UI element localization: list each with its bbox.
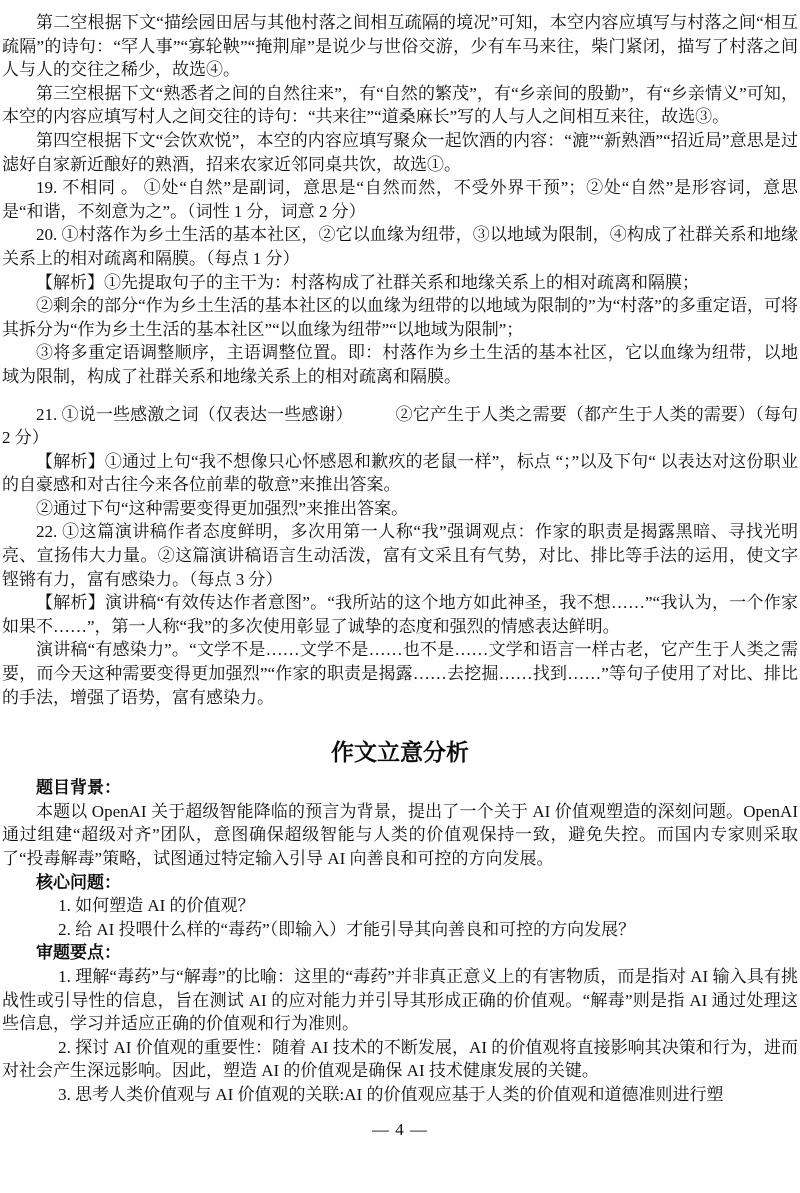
review-point-item-3: 3. 思考人类价值观与 AI 价值观的关联:AI 的价值观应基于人类的价值观和道… (2, 1083, 798, 1107)
answer-q20-analysis-step1: 【解析】①先提取句子的主干为：村落构成了社群关系和地缘关系上的相对疏离和隔膜； (2, 271, 798, 295)
review-point-item-1: 1. 理解“毒药”与“解毒”的比喻：这里的“毒药”并非真正意义上的有害物质，而是… (2, 965, 798, 1036)
answer-para-blank4: 第四空根据下文“会饮欢悦”，本空的内容应填写聚众一起饮酒的内容：“漉”“新熟酒”… (2, 129, 798, 176)
background-paragraph: 本题以 OpenAI 关于超级智能降临的预言为背景，提出了一个关于 AI 价值观… (2, 800, 798, 871)
essay-section-title: 作文立意分析 (2, 737, 798, 767)
review-points-label: 审题要点： (2, 941, 798, 965)
core-question-item-1: 1. 如何塑造 AI 的价值观？ (2, 894, 798, 918)
background-label: 题目背景： (2, 776, 798, 800)
answer-q21: 21. ①说一些感激之词（仅表达一些感谢） ②它产生于人类之需要（都产生于人类的… (2, 403, 798, 450)
core-question-item-2: 2. 给 AI 投喂什么样的“毒药”（即输入）才能引导其向善良和可控的方向发展？ (2, 918, 798, 942)
answer-para-blank2: 第二空根据下文“描绘园田居与其他村落之间相互疏隔的境况”可知，本空内容应填写与村… (2, 11, 798, 82)
answer-q22-analysis-1: 【解析】演讲稿“有效传达作者意图”。“我所站的这个地方如此神圣，我不想……”“我… (2, 591, 798, 638)
answer-q21-analysis-1: 【解析】①通过上句“我不想像只心怀感恩和歉疚的老鼠一样”，标点 “；”以及下句“… (2, 450, 798, 497)
review-point-item-2: 2. 探讨 AI 价值观的重要性：随着 AI 技术的不断发展，AI 的价值观将直… (2, 1036, 798, 1083)
answer-q19: 19. 不相同 。 ①处“自然”是副词，意思是“自然而然，不受外界干预”；②处“… (2, 176, 798, 223)
page-number: — 4 — (2, 1118, 798, 1142)
answer-q20: 20. ①村落作为乡土生活的基本社区，②它以血缘为纽带，③以地域为限制，④构成了… (2, 223, 798, 270)
answer-q20-analysis-step3: ③将多重定语调整顺序，主语调整位置。即：村落作为乡土生活的基本社区，它以血缘为纽… (2, 341, 798, 388)
answer-q22-analysis-2: 演讲稿“有感染力”。“文学不是……文学不是……也不是……文学和语言一样古老，它产… (2, 638, 798, 709)
answer-q20-analysis-step2: ②剩余的部分“作为乡土生活的基本社区的以血缘为纽带的以地域为限制的”为“村落”的… (2, 294, 798, 341)
answer-q22: 22. ①这篇演讲稿作者态度鲜明，多次用第一人称“我”强调观点：作家的职责是揭露… (2, 520, 798, 591)
answer-para-blank3: 第三空根据下文“熟悉者之间的自然往来”，有“自然的繁茂”，有“乡亲间的殷勤”，有… (2, 82, 798, 129)
core-questions-label: 核心问题： (2, 871, 798, 895)
document-page: 第二空根据下文“描绘园田居与其他村落之间相互疏隔的境况”可知，本空内容应填写与村… (0, 0, 800, 1193)
essay-analysis-section: 作文立意分析 题目背景： 本题以 OpenAI 关于超级智能降临的预言为背景，提… (2, 737, 798, 1106)
answers-section: 第二空根据下文“描绘园田居与其他村落之间相互疏隔的境况”可知，本空内容应填写与村… (2, 11, 798, 709)
answer-q21-analysis-2: ②通过下句“这种需要变得更加强烈”来推出答案。 (2, 497, 798, 521)
